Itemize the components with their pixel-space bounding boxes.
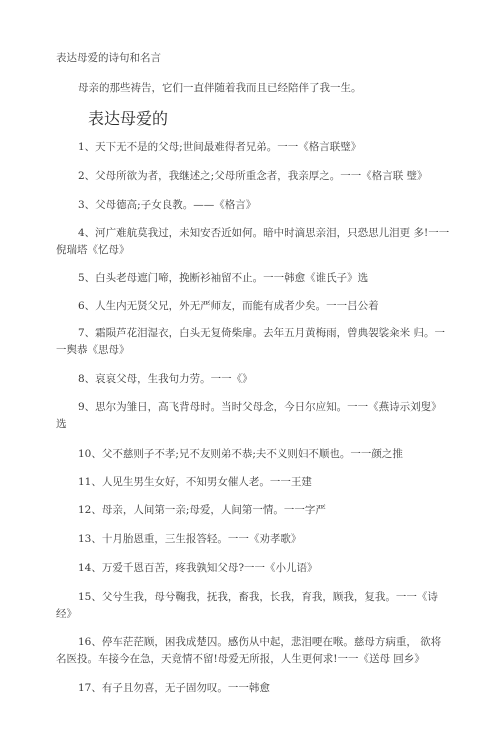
quote-item: 14、万爱千恩百苦，疼我孰知父母?一一《小儿语》 [56, 560, 451, 577]
intro-paragraph: 母亲的那些祷告，它们一直伴随着我而且已经陪伴了我一生。 [78, 80, 362, 95]
quote-item: 17、有子且勿喜，无子固勿叹。一一韩愈 [56, 680, 451, 697]
quote-item: 10、父不慈则子不孝;兄不友则弟不恭;夫不义则妇不顺也。一一颜之推 [56, 446, 451, 463]
quote-item: 15、父兮生我，母兮鞠我，抚我，畜我，长我，育我，顾我，复我。一一《诗经》 [56, 589, 451, 623]
quote-item: 5、白头老母遮门啼，挽断衫袖留不止。一一韩愈《谁氏子》选 [56, 270, 451, 287]
quote-item: 12、母亲，人间第一亲;母爱，人间第一情。一一字严 [56, 502, 451, 519]
quote-item: 6、人生内无贤父兄，外无严师友，而能有成者少矣。一一吕公着 [56, 298, 451, 315]
quote-item: 4、河广难航莫我过，未知安否近如何。暗中时滴思亲泪，只恐思儿泪更 多!一一倪瑞塔… [56, 225, 451, 259]
quote-item: 3、父母德高;子女良教。——《格言》 [56, 197, 451, 214]
quote-item: 9、思尔为雏日，高飞背母时。当时父母念，今日尔应知。一一《燕诗示刘叟》选 [56, 399, 451, 433]
quote-item: 1、天下无不是的父母;世间最难得者兄弟。一一《格言联璧》 [56, 139, 451, 156]
quote-item: 8、哀哀父母，生我句力劳。一一《》 [56, 371, 451, 388]
quote-item: 16、停车茫茫顾，困我成楚囚。感伤从中起，悲泪哽在喉。慈母方病重， 欲将名医投。… [56, 634, 451, 668]
section-heading: 表达母爱的 [88, 106, 168, 129]
quote-item: 2、父母所欲为者，我继述之;父母所重念者，我亲厚之。一一《格言联 璧》 [56, 168, 451, 185]
quote-item: 7、霜陨芦花泪湿衣，白头无复倚柴扉。去年五月黄梅雨，曾典袈裟籴米 归。一一舆恭《… [56, 325, 451, 359]
document-page: 表达母爱的诗句和名言 母亲的那些祷告，它们一直伴随着我而且已经陪伴了我一生。 表… [0, 0, 500, 747]
quote-item: 13、十月胎恩重，三生报答轻。一一《劝孝歌》 [56, 531, 451, 548]
document-title: 表达母爱的诗句和名言 [56, 50, 161, 65]
quote-item: 11、人见生男生女好，不知男女催人老。一一王建 [56, 474, 451, 491]
